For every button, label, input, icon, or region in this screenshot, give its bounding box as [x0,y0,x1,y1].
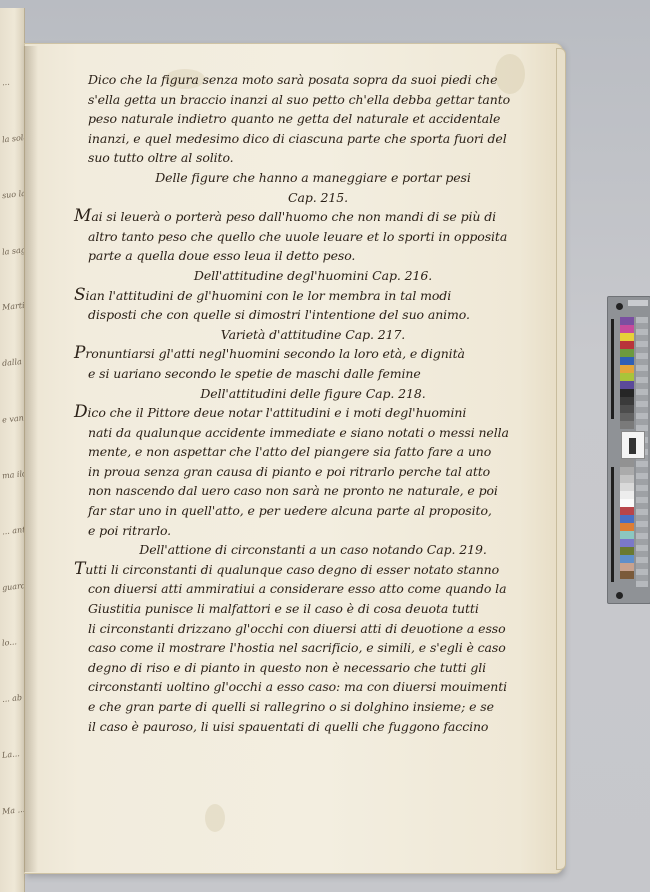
decorated-initial: S [74,285,86,305]
prev-page-text-fragment: e vanno [2,412,25,424]
card-label [628,300,648,306]
color-swatch [620,405,634,413]
color-swatch [620,421,634,429]
text-line: Sian l'attitudini de gl'huomini con le l… [88,286,508,306]
text-line: in proua senza gran causa di pianto e po… [88,462,508,482]
chapter-heading: Delle figure che hanno a maneggiare e po… [88,168,508,188]
chapter-heading: Cap. 215. [88,188,508,208]
prev-page-text-fragment: ... ab [2,693,23,704]
chapter-heading: Dell'attitudine degl'huomini Cap. 216. [88,266,508,286]
card-ruler-mark [611,319,614,419]
card-ruler-mark [611,467,614,582]
line-text: li circonstanti drizzano gl'occhi con di… [88,621,506,636]
color-swatch [620,365,634,373]
text-line: altro tanto peso che quello che uuole le… [88,227,508,247]
text-line: nati da qualunque accidente immediate e … [88,423,508,443]
prev-page-text-fragment: ... anto [2,525,25,537]
line-text: ico che il Pittore deue notar l'attitudi… [88,405,467,420]
line-text: in proua senza gran causa di pianto e po… [88,464,490,479]
color-swatch [620,531,634,539]
line-text: con diuersi atti ammiratiui a considerar… [88,581,506,596]
color-swatch [620,349,634,357]
decorated-initial: M [74,206,91,226]
chapter-heading: Dell'attione di circonstanti a un caso n… [88,540,508,560]
color-swatch [620,491,634,499]
chapter-heading: Varietà d'attitudine Cap. 217. [88,325,508,345]
color-swatches-bottom [620,459,634,579]
text-line: con diuersi atti ammiratiui a considerar… [88,579,508,599]
card-hole-bottom [616,592,623,599]
line-text: ai si leuerà o porterà peso dall'huomo c… [91,209,496,224]
line-text: Dico che la figura senza moto sarà posat… [88,72,497,87]
line-text: inanzi, e quel medesimo dico di ciascuna… [88,131,507,146]
line-text: Dell'attione di circonstanti a un caso n… [139,542,486,557]
text-line: e si uariano secondo le spetie de maschi… [88,364,508,384]
line-text: parte a quella doue esso leua il detto p… [88,248,355,263]
line-text: Dell'attitudini delle figure Cap. 218. [200,386,425,401]
decorated-initial: D [74,402,88,422]
color-swatch [620,357,634,365]
prev-page-text-fragment: suo la [2,189,25,200]
text-line: e poi ritrarlo. [88,521,508,541]
paper-stain [205,804,225,832]
color-swatch [620,389,634,397]
color-swatch [620,317,634,325]
color-swatch [620,341,634,349]
text-line: Dico che la figura senza moto sarà posat… [88,70,508,90]
chapter-heading: Dell'attitudini delle figure Cap. 218. [88,384,508,404]
text-line: Giustitia punisce li malfattori e se il … [88,599,508,619]
line-text: s'ella getta un braccio inanzi al suo pe… [88,92,510,107]
text-line: e che gran parte di quelli si rallegrino… [88,697,508,717]
prev-page-text-fragment: Marti [2,301,25,312]
line-text: nati da qualunque accidente immediate e … [88,425,509,440]
line-text: e che gran parte di quelli si rallegrino… [88,699,494,714]
line-text: ronuntiarsi gl'atti negl'huomini secondo… [85,346,465,361]
text-line: inanzi, e quel medesimo dico di ciascuna… [88,129,508,149]
text-line: degno di riso e di pianto in questo non … [88,658,508,678]
card-barcode-tag [621,431,645,459]
line-text: circonstanti uoltino gl'occhi a esso cas… [88,679,507,694]
text-line: mente, e non aspettar che l'atto del pia… [88,442,508,462]
text-line: peso naturale indietro quanto ne getta d… [88,109,508,129]
color-swatch [620,459,634,467]
page-fore-edge [556,48,566,870]
line-text: Cap. 215. [288,190,348,205]
color-swatch [620,523,634,531]
color-swatch [620,563,634,571]
previous-page-edge: ...la solasuo lala saglieMartidallae van… [0,8,25,892]
text-line: Pronuntiarsi gl'atti negl'huomini second… [88,344,508,364]
color-swatch [620,539,634,547]
line-text: utti li circonstanti di qualunque caso d… [85,562,499,577]
line-text: degno di riso e di pianto in questo non … [88,660,486,675]
color-swatch [620,547,634,555]
line-text: suo tutto oltre al solito. [88,150,234,165]
text-line: Tutti li circonstanti di qualunque caso … [88,560,508,580]
prev-page-text-fragment: Ma ... [2,805,25,816]
prev-page-text-fragment: la saglie [2,244,25,256]
line-text: e si uariano secondo le spetie de maschi… [88,366,421,381]
color-calibration-card [607,296,650,604]
color-swatch [620,507,634,515]
text-line: circonstanti uoltino gl'occhi a esso cas… [88,677,508,697]
line-text: il caso è pauroso, li uisi spauentati di… [88,719,488,734]
text-line: li circonstanti drizzano gl'occhi con di… [88,619,508,639]
text-line: far star uno in quell'atto, e per uedere… [88,501,508,521]
text-line: Dico che il Pittore deue notar l'attitud… [88,403,508,423]
line-text: altro tanto peso che quello che uuole le… [88,229,507,244]
color-swatch [620,571,634,579]
binding-gutter-shadow [24,46,38,872]
color-swatch [620,499,634,507]
prev-page-text-fragment: lo... [2,637,18,648]
text-line: suo tutto oltre al solito. [88,148,508,168]
prev-page-text-fragment: la sola [2,133,25,145]
prev-page-text-fragment: ... [2,78,11,88]
text-line: s'ella getta un braccio inanzi al suo pe… [88,90,508,110]
text-line: parte a quella doue esso leua il detto p… [88,246,508,266]
text-line: il caso è pauroso, li uisi spauentati di… [88,717,508,737]
text-line: disposti che con quelle si dimostri l'in… [88,305,508,325]
color-swatch [620,413,634,421]
prev-page-text-fragment: guarda [2,581,25,593]
color-swatch [620,555,634,563]
line-text: mente, e non aspettar che l'atto del pia… [88,444,491,459]
color-swatch [620,483,634,491]
line-text: ian l'attitudini de gl'huomini con le lo… [86,288,452,303]
line-text: Giustitia punisce li malfattori e se il … [88,601,479,616]
decorated-initial: T [74,559,85,579]
color-swatch [620,475,634,483]
line-text: disposti che con quelle si dimostri l'in… [88,307,470,322]
manuscript-text: Dico che la figura senza moto sarà posat… [88,70,508,736]
color-swatch [620,397,634,405]
prev-page-text-fragment: La... [2,749,21,760]
line-text: Varietà d'attitudine Cap. 217. [221,327,405,342]
text-line: caso come il mostrare l'hostia nel sacri… [88,638,508,658]
text-line: Mai si leuerà o porterà peso dall'huomo … [88,207,508,227]
color-swatch [620,467,634,475]
line-text: caso come il mostrare l'hostia nel sacri… [88,640,506,655]
decorated-initial: P [74,343,85,363]
color-swatch [620,373,634,381]
line-text: Dell'attitudine degl'huomini Cap. 216. [194,268,432,283]
line-text: e poi ritrarlo. [88,523,171,538]
line-text: peso naturale indietro quanto ne getta d… [88,111,500,126]
prev-page-text-fragment: dalla [2,357,23,368]
line-text: far star uno in quell'atto, e per uedere… [88,503,492,518]
color-swatches-top [620,317,634,429]
color-swatch [620,333,634,341]
line-text: Delle figure che hanno a maneggiare e po… [155,170,471,185]
color-swatch [620,325,634,333]
color-swatch [620,515,634,523]
color-swatch [620,381,634,389]
prev-page-text-fragment: ma ilde [2,468,25,480]
card-hole-top [616,303,623,310]
line-text: non nascendo dal uero caso non sarà ne p… [88,483,498,498]
text-line: non nascendo dal uero caso non sarà ne p… [88,481,508,501]
